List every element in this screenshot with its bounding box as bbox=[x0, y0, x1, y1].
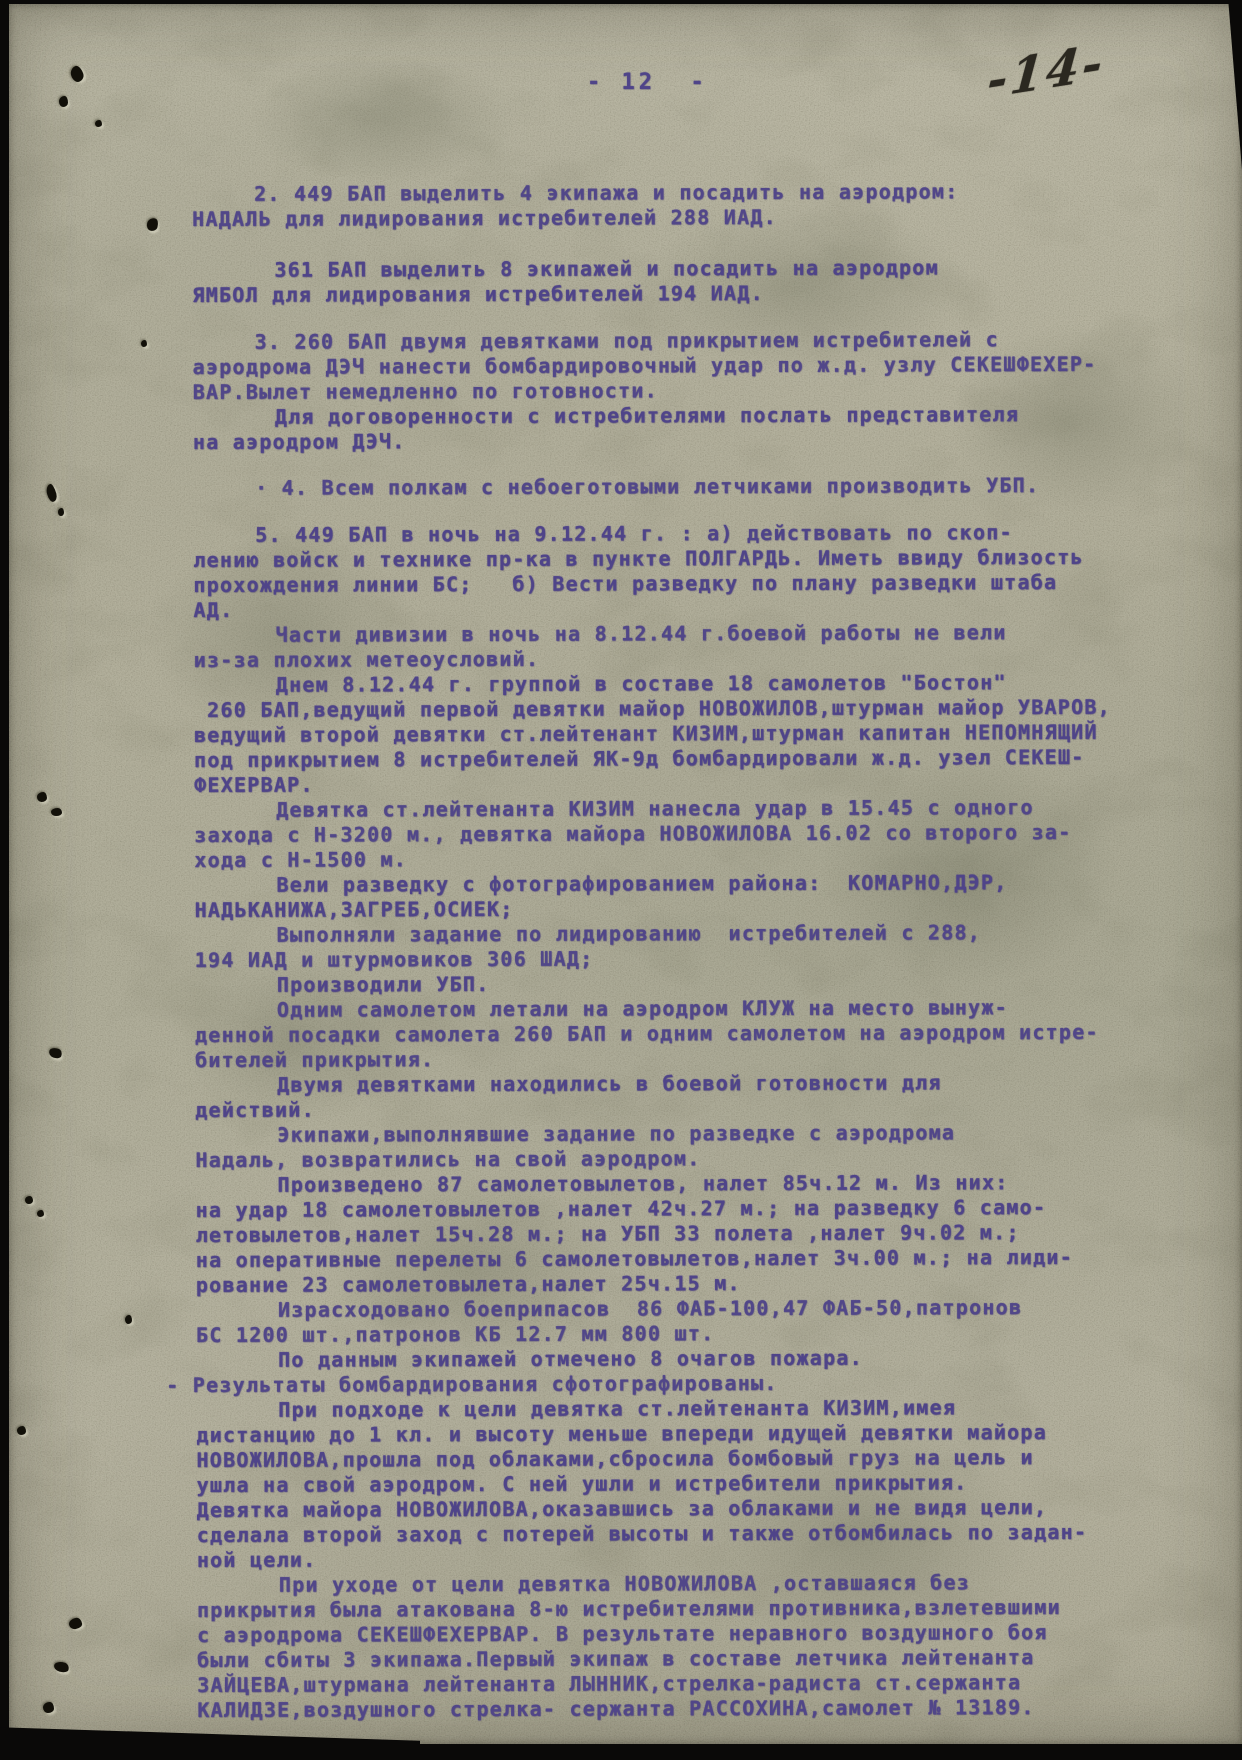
typed-line: на оперативные перелеты 6 самолетовылето… bbox=[196, 1245, 1196, 1273]
typed-line: Израсходовано боеприпасов 86 ФАБ-100,47 … bbox=[196, 1295, 1196, 1323]
paper-sheet: - 12 - -14- 2. 449 БАП выделить 4 экипаж… bbox=[9, 4, 1242, 1744]
paragraph: 3. 260 БАП двумя девятками под прикрытие… bbox=[193, 327, 1193, 405]
typed-line: · 4. Всем полкам с небоеготовыми летчика… bbox=[193, 473, 1193, 501]
punch-hole bbox=[17, 1426, 26, 1435]
typed-line: денной посадки самолета 260 БАП и одним … bbox=[195, 1020, 1195, 1048]
typed-line: Девятка майора НОВОЖИЛОВА,оказавшись за … bbox=[197, 1495, 1197, 1523]
handwritten-page-number: -14- bbox=[985, 34, 1107, 110]
typed-line: НАДЬКАНИЖА,ЗАГРЕБ,ОСИЕК; bbox=[194, 895, 1194, 923]
punch-hole bbox=[125, 1315, 132, 1324]
punch-hole bbox=[146, 217, 160, 232]
typed-line: ведущий второй девятки ст.лейтенант КИЗИ… bbox=[194, 720, 1194, 748]
typed-line: ушла на свой аэродром. С ней ушли и истр… bbox=[197, 1470, 1197, 1498]
punch-hole bbox=[69, 64, 86, 83]
punch-hole bbox=[58, 508, 64, 516]
typed-line: При уходе от цели девятка НОВОЖИЛОВА ,ос… bbox=[197, 1570, 1197, 1598]
typed-line: НАДАЛЬ для лидирования истребителей 288 … bbox=[192, 204, 1192, 232]
typed-line: на удар 18 самолетовылетов ,налет 42ч.27… bbox=[196, 1195, 1196, 1223]
typed-line: 5. 449 БАП в ночь на 9.12.44 г. : а) дей… bbox=[193, 520, 1193, 548]
typed-line: Вели разведку с фотографированием района… bbox=[194, 870, 1194, 898]
typed-line: дистанцию до 1 кл. и высоту меньше впере… bbox=[196, 1420, 1196, 1448]
paragraph: 2. 449 БАП выделить 4 экипажа и посадить… bbox=[192, 179, 1192, 232]
paragraph: Девятка ст.лейтенанта КИЗИМ нанесла удар… bbox=[194, 795, 1194, 873]
punch-hole bbox=[25, 1196, 33, 1204]
typed-line: 3. 260 БАП двумя девятками под прикрытие… bbox=[193, 327, 1193, 355]
typed-line: Двумя девятками находились в боевой гото… bbox=[195, 1070, 1195, 1098]
typed-line: БС 1200 шт.,патронов КБ 12.7 мм 800 шт. bbox=[196, 1320, 1196, 1348]
typed-line: были сбиты 3 экипажа.Первый экипаж в сос… bbox=[197, 1645, 1197, 1673]
punch-hole bbox=[37, 1210, 44, 1217]
typed-line: 194 ИАД и штурмовиков 306 ШАД; bbox=[195, 945, 1195, 973]
typed-line: Днем 8.12.44 г. группой в составе 18 сам… bbox=[194, 670, 1194, 698]
paragraph: Для договоренности с истребителями посла… bbox=[193, 402, 1193, 455]
typed-line: с аэродрома СЕКЕШФЕХЕРВАР. В результате … bbox=[197, 1620, 1197, 1648]
typed-line: действий. bbox=[195, 1095, 1195, 1123]
typed-line: ВАР.Вылет немедленно по готовности. bbox=[193, 377, 1193, 405]
typed-line: Одним самолетом летали на аэродром КЛУЖ … bbox=[195, 995, 1195, 1023]
typed-line: Производили УБП. bbox=[195, 970, 1195, 998]
paragraph: Произведено 87 самолетовылетов, налет 85… bbox=[195, 1170, 1195, 1298]
typed-line: ЗАЙЦЕВА,штурмана лейтенанта ЛЫННИК,стрел… bbox=[197, 1670, 1197, 1698]
typed-line: АД. bbox=[193, 595, 1193, 623]
typed-line: под прикрытием 8 истребителей ЯК-9д бомб… bbox=[194, 745, 1194, 773]
typed-line: Произведено 87 самолетовылетов, налет 85… bbox=[195, 1170, 1195, 1198]
paragraph: Производили УБП. bbox=[195, 970, 1195, 998]
typed-line: хода с Н-1500 м. bbox=[194, 845, 1194, 873]
punch-hole bbox=[37, 792, 47, 802]
typed-line: летовылетов,налет 15ч.28 м.; на УБП 33 п… bbox=[196, 1220, 1196, 1248]
paragraph: При уходе от цели девятка НОВОЖИЛОВА ,ос… bbox=[197, 1570, 1198, 1723]
scanned-document-page: - 12 - -14- 2. 449 БАП выделить 4 экипаж… bbox=[0, 0, 1242, 1760]
typed-line: сделала второй заход с потерей высоты и … bbox=[197, 1520, 1197, 1548]
typed-line: Экипажи,выполнявшие задание по разведке … bbox=[195, 1120, 1195, 1148]
typed-line: Части дивизии в ночь на 8.12.44 г.боевой… bbox=[194, 620, 1194, 648]
typed-line: на аэродром ДЭЧ. bbox=[193, 427, 1193, 455]
typed-line: НОВОЖИЛОВА,прошла под облаками,сбросила … bbox=[196, 1445, 1196, 1473]
paragraph: Выполняли задание по лидированию истреби… bbox=[195, 920, 1195, 973]
paragraph: Вели разведку с фотографированием района… bbox=[194, 870, 1194, 923]
typed-line: 2. 449 БАП выделить 4 экипажа и посадить… bbox=[192, 179, 1192, 207]
punch-hole bbox=[45, 483, 58, 503]
paragraph: · 4. Всем полкам с небоеготовыми летчика… bbox=[193, 473, 1193, 501]
typed-line: из-за плохих метеоусловий. bbox=[194, 645, 1194, 673]
typed-line: лению войск и технике пр-ка в пункте ПОЛ… bbox=[193, 545, 1193, 573]
paragraph: По данным экипажей отмечено 8 очагов пож… bbox=[196, 1345, 1196, 1373]
paragraph: Днем 8.12.44 г. группой в составе 18 сам… bbox=[194, 670, 1194, 798]
typed-line: ной цели. bbox=[197, 1545, 1197, 1573]
typed-line: Надаль, возвратились на свой аэродром. bbox=[195, 1145, 1195, 1173]
typed-line: ЯМБОЛ для лидирования истребителей 194 И… bbox=[192, 280, 1192, 308]
typed-line: 260 БАП,ведущий первой девятки майор НОВ… bbox=[194, 695, 1194, 723]
typed-line: Выполняли задание по лидированию истреби… bbox=[195, 920, 1195, 948]
punch-hole bbox=[48, 1046, 64, 1060]
punch-hole bbox=[43, 1702, 54, 1713]
stain bbox=[249, 54, 519, 184]
paragraph: - Результаты бомбардирования сфотографир… bbox=[196, 1370, 1196, 1398]
typed-line: Для договоренности с истребителями посла… bbox=[193, 402, 1193, 430]
paragraph: При подходе к цели девятка ст.лейтенанта… bbox=[196, 1395, 1197, 1573]
document-body: 2. 449 БАП выделить 4 экипажа и посадить… bbox=[192, 179, 1197, 1723]
typed-line: КАЛИДЗЕ,воздушного стрелка- сержанта РАС… bbox=[197, 1695, 1197, 1723]
typed-line: Девятка ст.лейтенанта КИЗИМ нанесла удар… bbox=[194, 795, 1194, 823]
typed-line: аэродрома ДЭЧ нанести бомбардировочный у… bbox=[193, 352, 1193, 380]
paragraph: Двумя девятками находились в боевой гото… bbox=[195, 1070, 1195, 1123]
punch-hole bbox=[95, 120, 102, 127]
punch-hole bbox=[59, 96, 68, 107]
typed-line: По данным экипажей отмечено 8 очагов пож… bbox=[196, 1345, 1196, 1373]
typed-line: При подходе к цели девятка ст.лейтенанта… bbox=[196, 1395, 1196, 1423]
typed-line: бителей прикрытия. bbox=[195, 1045, 1195, 1073]
typed-line: прохождения линии БС; б) Вести разведку … bbox=[193, 570, 1193, 598]
punch-hole bbox=[51, 808, 62, 816]
paragraph: Экипажи,выполнявшие задание по разведке … bbox=[195, 1120, 1195, 1173]
typed-line: - Результаты бомбардирования сфотографир… bbox=[166, 1370, 1166, 1398]
paragraph: 361 БАП выделить 8 экипажей и посадить н… bbox=[192, 255, 1192, 308]
typed-line: ФЕХЕРВАР. bbox=[194, 770, 1194, 798]
typed-line: рование 23 самолетовылета,налет 25ч.15 м… bbox=[196, 1270, 1196, 1298]
paragraph: Части дивизии в ночь на 8.12.44 г.боевой… bbox=[194, 620, 1194, 673]
paragraph: Израсходовано боеприпасов 86 ФАБ-100,47 … bbox=[196, 1295, 1196, 1348]
paragraph: 5. 449 БАП в ночь на 9.12.44 г. : а) дей… bbox=[193, 520, 1193, 623]
typed-page-number: - 12 - bbox=[587, 70, 708, 95]
typed-line: прикрытия была атакована 8-ю истребителя… bbox=[197, 1595, 1197, 1623]
punch-hole bbox=[53, 1660, 70, 1674]
typed-line: захода с Н-3200 м., девятка майора НОВОЖ… bbox=[194, 820, 1194, 848]
typed-line: 361 БАП выделить 8 экипажей и посадить н… bbox=[192, 255, 1192, 283]
punch-hole bbox=[141, 340, 147, 347]
paragraph: Одним самолетом летали на аэродром КЛУЖ … bbox=[195, 995, 1195, 1073]
punch-hole bbox=[68, 1617, 83, 1630]
